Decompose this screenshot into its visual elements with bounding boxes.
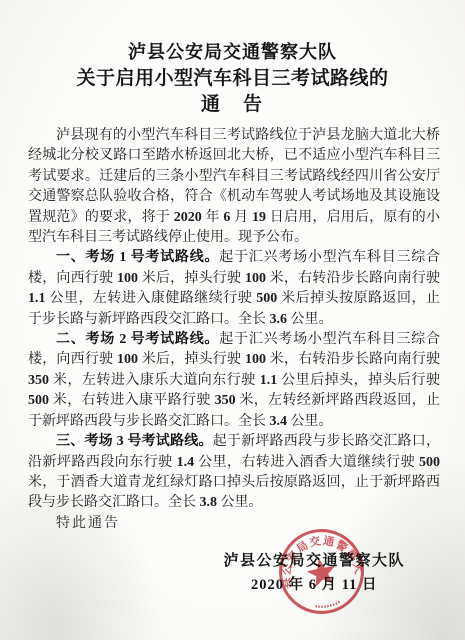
paragraph: 二、考场 2 号考试路线。起于汇兴考场小型汽车科目三综合楼，向西行驶 100 米…	[28, 330, 440, 432]
paragraph: 三、考场 3 号考试路线。起于新坪路西段与步长路交汇路口，沿新坪路西段向东行驶 …	[28, 432, 440, 514]
paragraph: 一、考场 1 号考试路线。起于汇兴考场小型汽车科目三综合楼，向西行驶 100 米…	[28, 248, 440, 330]
notice-body: 泸县现有的小型汽车科目三考试路线位于泸县龙脑大道北大桥经城北分校叉路口至踏水桥返…	[28, 126, 440, 534]
signature-block: 泸县公安局交通警察大队 2020 年 6 月 11 日	[223, 551, 405, 595]
title-org-line: 泸县公安局交通警察大队	[0, 40, 465, 64]
signature-date: 2020 年 6 月 11 日	[223, 575, 405, 595]
seal-serial-marks	[316, 601, 341, 608]
paragraph-lead: 一、考场 1 号考试路线。	[56, 250, 219, 265]
notice-title: 泸县公安局交通警察大队 关于启用小型汽车科目三考试路线的 通 告	[0, 40, 465, 117]
title-subject-line: 关于启用小型汽车科目三考试路线的	[0, 66, 465, 91]
signature-org: 泸县公安局交通警察大队	[223, 551, 405, 571]
closing-text: 特此通告	[28, 514, 440, 534]
paragraph-lead: 三、考场 3 号考试路线。	[56, 434, 213, 449]
notice-page: 泸县公安局交通警察大队 关于启用小型汽车科目三考试路线的 通 告 泸县现有的小型…	[0, 0, 465, 640]
paragraph-text: 泸县现有的小型汽车科目三考试路线位于泸县龙脑大道北大桥经城北分校叉路口至踏水桥返…	[28, 128, 440, 245]
title-notice-word: 通 告	[0, 93, 465, 117]
paragraph: 泸县现有的小型汽车科目三考试路线位于泸县龙脑大道北大桥经城北分校叉路口至踏水桥返…	[28, 126, 440, 248]
paragraph-lead: 二、考场 2 号考试路线。	[56, 332, 219, 347]
